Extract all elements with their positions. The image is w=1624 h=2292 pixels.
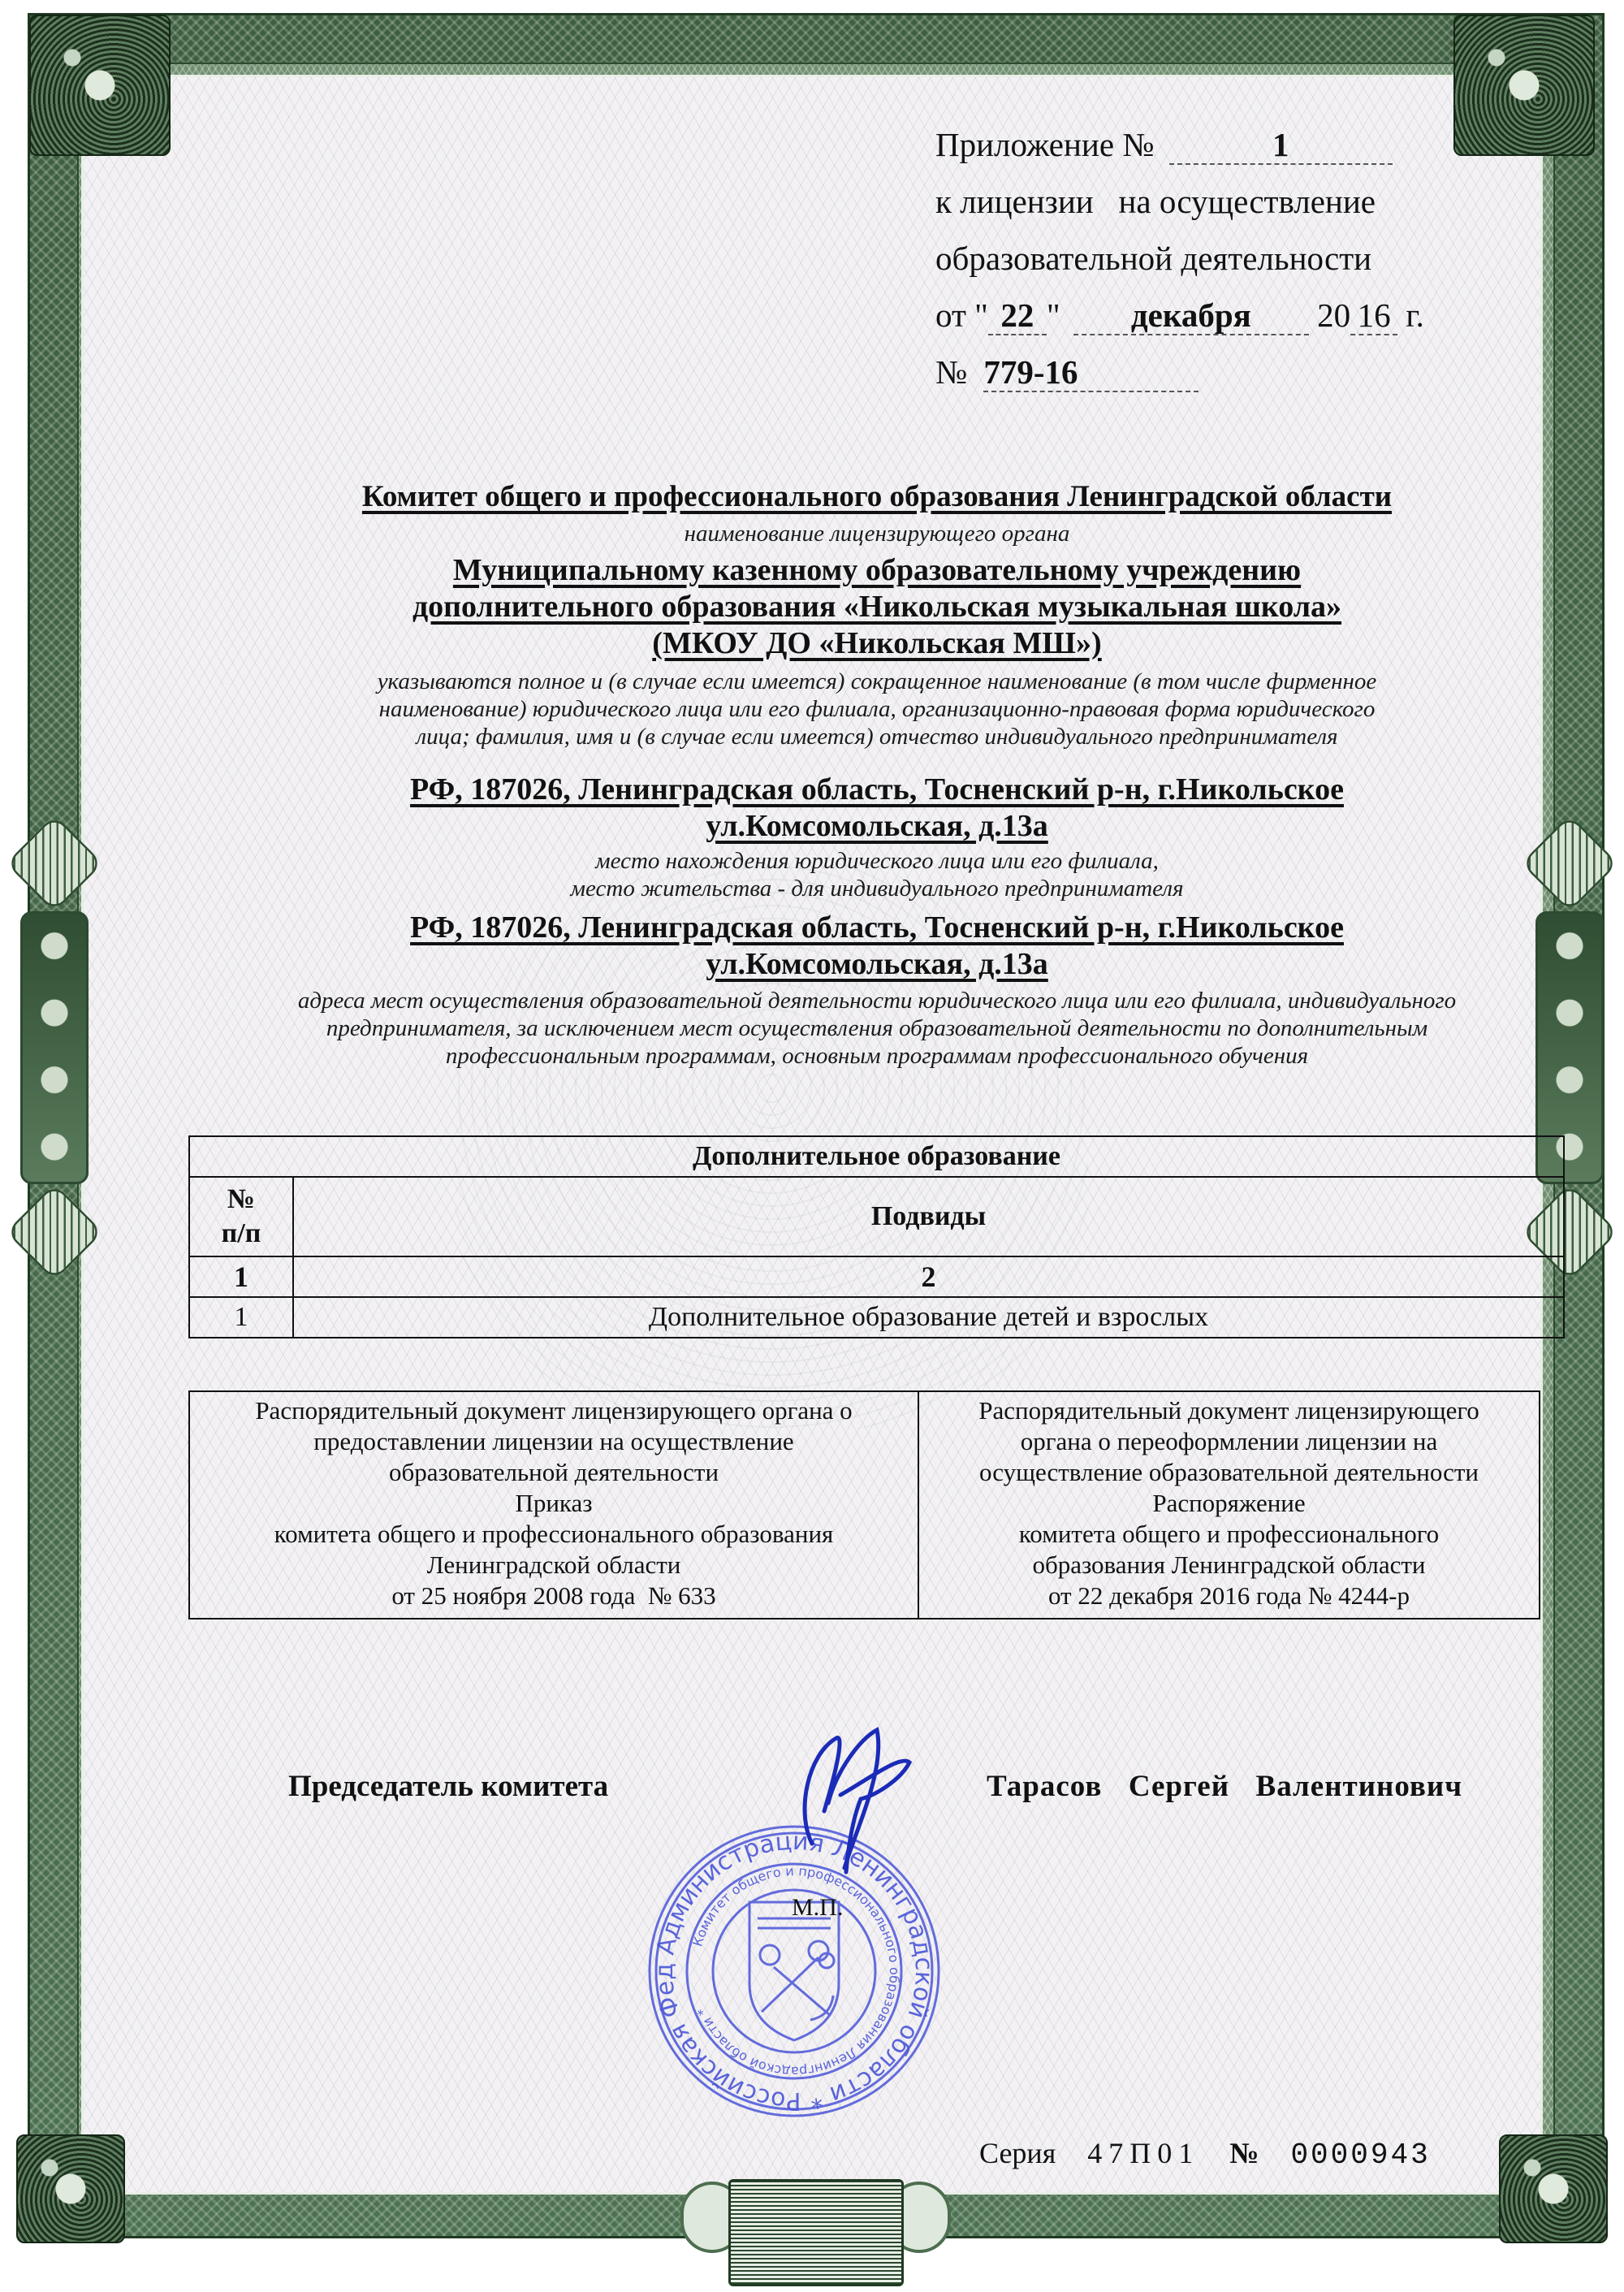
signatory-role: Председатель комитета <box>288 1769 608 1804</box>
document-line: образовательной деятельности <box>197 1457 911 1488</box>
series-number: 0000943 <box>1290 2138 1430 2172</box>
licensee-name: Муниципальному казенному образовательном… <box>227 552 1527 662</box>
series-code: 47П01 <box>1087 2137 1199 2169</box>
ornament-panel <box>20 911 89 1184</box>
side-knot-ornament-left <box>10 820 99 1275</box>
caption-line: указываются полное и (в случае если имее… <box>187 668 1567 695</box>
document-line: Распорядительный документ лицензирующего… <box>197 1395 911 1426</box>
bottom-emblem-plate <box>728 2179 904 2286</box>
reissue-document-cell: Распорядительный документ лицензирующего… <box>918 1391 1540 1619</box>
caption-line: место жительства - для индивидуального п… <box>227 875 1527 902</box>
grant-document-cell: Распорядительный документ лицензирующего… <box>189 1391 918 1619</box>
row-number: 1 <box>189 1297 293 1338</box>
col-subtype-header: Подвиды <box>293 1177 1564 1256</box>
corner-ornament-icon <box>1499 2134 1608 2243</box>
corner-ornament-icon <box>16 2134 125 2243</box>
address-line: ул.Комсомольская, д.13а <box>706 947 1048 981</box>
licensee-caption: указываются полное и (в случае если имее… <box>187 668 1567 750</box>
signature-icon <box>780 1722 918 1876</box>
date-quote-close: " <box>1047 296 1060 334</box>
appendix-line3: образовательной деятельности <box>935 230 1455 287</box>
document-line: Ленинградской области <box>197 1550 911 1581</box>
col-number: 1 <box>189 1256 293 1297</box>
education-table: Дополнительное образование № п/п Подвиды… <box>188 1135 1565 1338</box>
caption-line: предпринимателя, за исключением мест осу… <box>162 1014 1592 1042</box>
form-series: Серия 47П01 № 0000943 <box>979 2136 1431 2172</box>
licensing-authority-name: Комитет общего и профессионального образ… <box>362 480 1392 513</box>
col-no-header: № п/п <box>189 1177 293 1256</box>
row-subtype: Дополнительное образование детей и взрос… <box>293 1297 1564 1338</box>
document-line: комитета общего и профессионального <box>926 1519 1532 1550</box>
licensing-authority: Комитет общего и профессионального образ… <box>227 479 1527 515</box>
activity-address: РФ, 187026, Ленинградская область, Тосне… <box>227 910 1527 983</box>
appendix-header: Приложение № 1 к лицензии на осуществлен… <box>935 116 1455 400</box>
caption-line: наименование) юридического лица или его … <box>187 695 1567 723</box>
caption-line: адреса мест осуществления образовательно… <box>162 987 1592 1014</box>
licensee-name-line: Муниципальному казенному образовательном… <box>453 553 1301 587</box>
license-no-label: № <box>935 353 967 391</box>
legal-address: РФ, 187026, Ленинградская область, Тосне… <box>227 772 1527 845</box>
document-line: Распорядительный документ лицензирующего <box>926 1395 1532 1426</box>
licensee-short-name: (МКОУ ДО «Никольская МШ») <box>652 626 1101 660</box>
knot-icon <box>1521 815 1618 912</box>
caption-line: место нахождения юридического лица или е… <box>227 847 1527 875</box>
address-line: РФ, 187026, Ленинградская область, Тосне… <box>410 772 1344 807</box>
year-unit: г. <box>1406 296 1423 334</box>
signatory-name: Тарасов Сергей Валентинович <box>987 1769 1462 1804</box>
education-table-title: Дополнительное образование <box>189 1136 1564 1177</box>
licensing-authority-caption: наименование лицензирующего органа <box>227 520 1527 547</box>
seal-place-mark: М.П. <box>792 1894 843 1922</box>
knot-icon <box>6 815 103 912</box>
appendix-label: Приложение № <box>935 126 1154 163</box>
activity-address-caption: адреса мест осуществления образовательно… <box>162 987 1592 1070</box>
corner-ornament-icon <box>29 15 171 156</box>
document-line: образования Ленинградской области <box>926 1550 1532 1581</box>
table-row: 1 Дополнительное образование детей и взр… <box>189 1297 1564 1338</box>
document-line: органа о переоформлении лицензии на <box>926 1426 1532 1457</box>
printer-imprint <box>0 2279 1624 2292</box>
address-line: РФ, 187026, Ленинградская область, Тосне… <box>410 910 1344 945</box>
license-month: декабря <box>1073 296 1309 335</box>
document-date-number: от 25 ноября 2008 года № 633 <box>197 1581 911 1611</box>
series-no-label: № <box>1229 2137 1259 2169</box>
administrative-documents-table: Распорядительный документ лицензирующего… <box>188 1390 1540 1620</box>
appendix-number: 1 <box>1169 126 1393 165</box>
caption-line: лица; фамилия, имя и (в случае если имее… <box>187 723 1567 750</box>
year-prefix: 20 <box>1317 296 1350 334</box>
series-label: Серия <box>979 2137 1056 2169</box>
license-year: 16 <box>1350 296 1397 335</box>
license-day: 22 <box>988 296 1047 335</box>
knot-icon <box>6 1183 103 1281</box>
document-type: Распоряжение <box>926 1488 1532 1519</box>
document-line: комитета общего и профессионального обра… <box>197 1519 911 1550</box>
col-no-abbrev: п/п <box>190 1217 292 1251</box>
licensee-name-line: дополнительного образования «Никольская … <box>412 590 1341 624</box>
corner-ornament-icon <box>1453 15 1595 156</box>
license-number: 779-16 <box>983 353 1199 392</box>
document-date-number: от 22 декабря 2016 года № 4244-р <box>926 1581 1532 1611</box>
document-line: осуществление образовательной деятельнос… <box>926 1457 1532 1488</box>
legal-address-caption: место нахождения юридического лица или е… <box>227 847 1527 902</box>
appendix-line2: к лицензии на осуществление <box>935 173 1455 230</box>
document-type: Приказ <box>197 1488 911 1519</box>
date-prefix: от " <box>935 296 988 334</box>
address-line: ул.Комсомольская, д.13а <box>706 809 1048 843</box>
col-no-symbol: № <box>190 1183 292 1217</box>
col-number: 2 <box>293 1256 1564 1297</box>
document-line: предоставлении лицензии на осуществление <box>197 1426 911 1457</box>
caption-line: профессиональным программам, основным пр… <box>162 1042 1592 1070</box>
